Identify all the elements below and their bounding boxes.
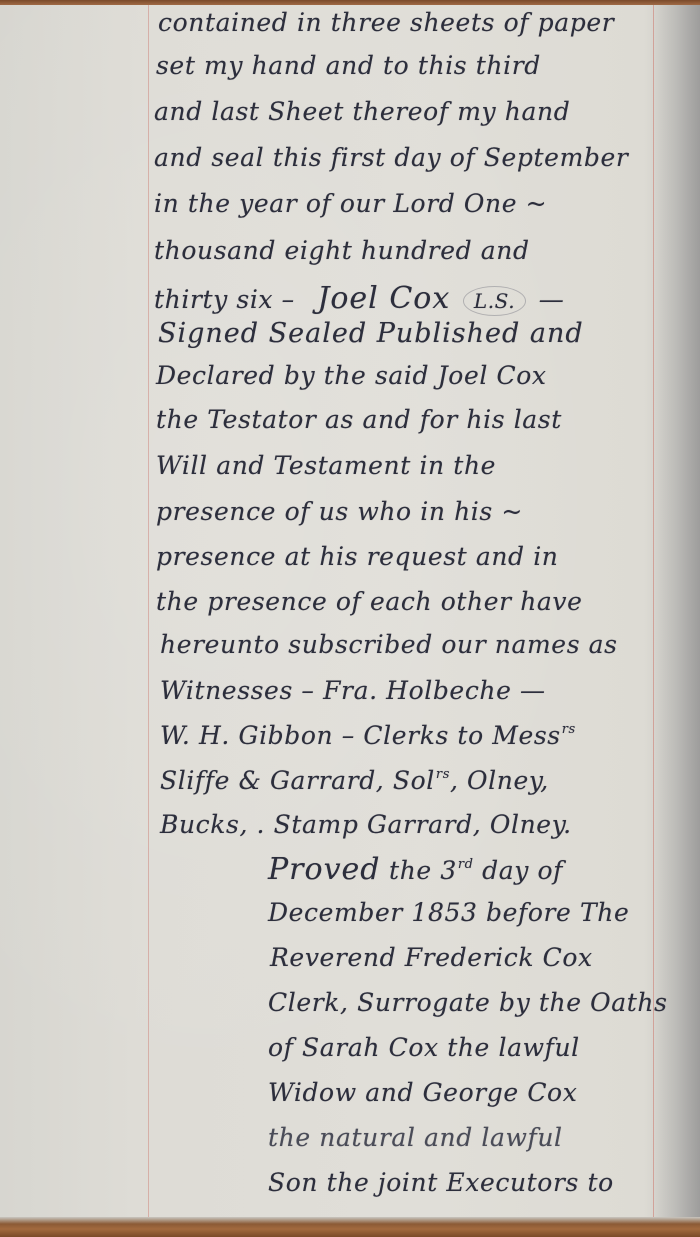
solicitors-tail: , Olney, <box>450 766 549 795</box>
will-line-2: set my hand and to this third <box>156 51 541 80</box>
attestation-line-5: presence of us who in his ~ <box>156 497 523 526</box>
will-line-6: thousand eight hundred and <box>154 236 530 265</box>
probate-line-8: Son the joint Executors to <box>268 1168 614 1197</box>
right-margin-rule <box>653 5 654 1217</box>
will-line-7-text: thirty six – <box>154 285 295 314</box>
probate-line-4: Clerk, Surrogate by the Oaths <box>268 988 668 1017</box>
probate-line-1: Proved the 3rd day of <box>268 852 563 887</box>
will-line-5: in the year of our Lord One ~ <box>154 189 547 218</box>
will-line-7-signature: thirty six – Joel Cox L.S. — <box>154 281 564 316</box>
book-bottom-edge <box>0 1217 700 1237</box>
probate-date-text: the 3 <box>389 856 457 885</box>
solicitors-text: Sliffe & Garrard, Sol <box>160 766 435 795</box>
attestation-solicitors-line: Sliffe & Garrard, Solrs, Olney, <box>160 766 549 795</box>
left-margin-rule <box>148 5 149 1217</box>
document-page: contained in three sheets of paper set m… <box>0 0 700 1237</box>
attestation-line-7: the presence of each other have <box>156 587 583 616</box>
solrs-superscript: rs <box>436 767 450 782</box>
probate-day-of: day of <box>482 856 563 885</box>
attestation-witnesses-line: Witnesses – Fra. Holbeche — <box>160 676 546 705</box>
will-line-1: contained in three sheets of paper <box>158 8 614 37</box>
book-top-edge <box>0 0 700 5</box>
will-line-3: and last Sheet thereof my hand <box>154 97 570 126</box>
probate-line-6: Widow and George Cox <box>268 1078 577 1107</box>
rd-superscript: rd <box>458 857 474 872</box>
clerks-text: W. H. Gibbon – Clerks to Mess <box>160 721 561 750</box>
probate-line-7: the natural and lawful <box>268 1123 563 1152</box>
binding-gutter-shadow <box>652 5 700 1217</box>
probate-line-3: Reverend Frederick Cox <box>270 943 593 972</box>
attestation-line-3: the Testator as and for his last <box>156 405 562 434</box>
testator-signature: Joel Cox <box>317 281 450 316</box>
attestation-bucks-line: Bucks, . Stamp Garrard, Olney. <box>160 810 572 839</box>
probate-line-5: of Sarah Cox the lawful <box>268 1033 580 1062</box>
attestation-line-4: Will and Testament in the <box>156 451 496 480</box>
messrs-superscript: rs <box>562 722 576 737</box>
probate-proved-word: Proved <box>268 852 381 887</box>
attestation-line-2: Declared by the said Joel Cox <box>156 361 547 390</box>
attestation-line-8: hereunto subscribed our names as <box>160 630 618 659</box>
attestation-line-6: presence at his request and in <box>156 542 559 571</box>
will-line-4: and seal this first day of September <box>154 143 628 172</box>
attestation-line-1: Signed Sealed Published and <box>158 318 584 349</box>
attestation-clerks-line: W. H. Gibbon – Clerks to Messrs <box>160 721 576 750</box>
signature-dash: — <box>539 285 565 314</box>
probate-line-2: December 1853 before The <box>268 898 629 927</box>
locus-sigilli-seal: L.S. <box>463 286 526 316</box>
